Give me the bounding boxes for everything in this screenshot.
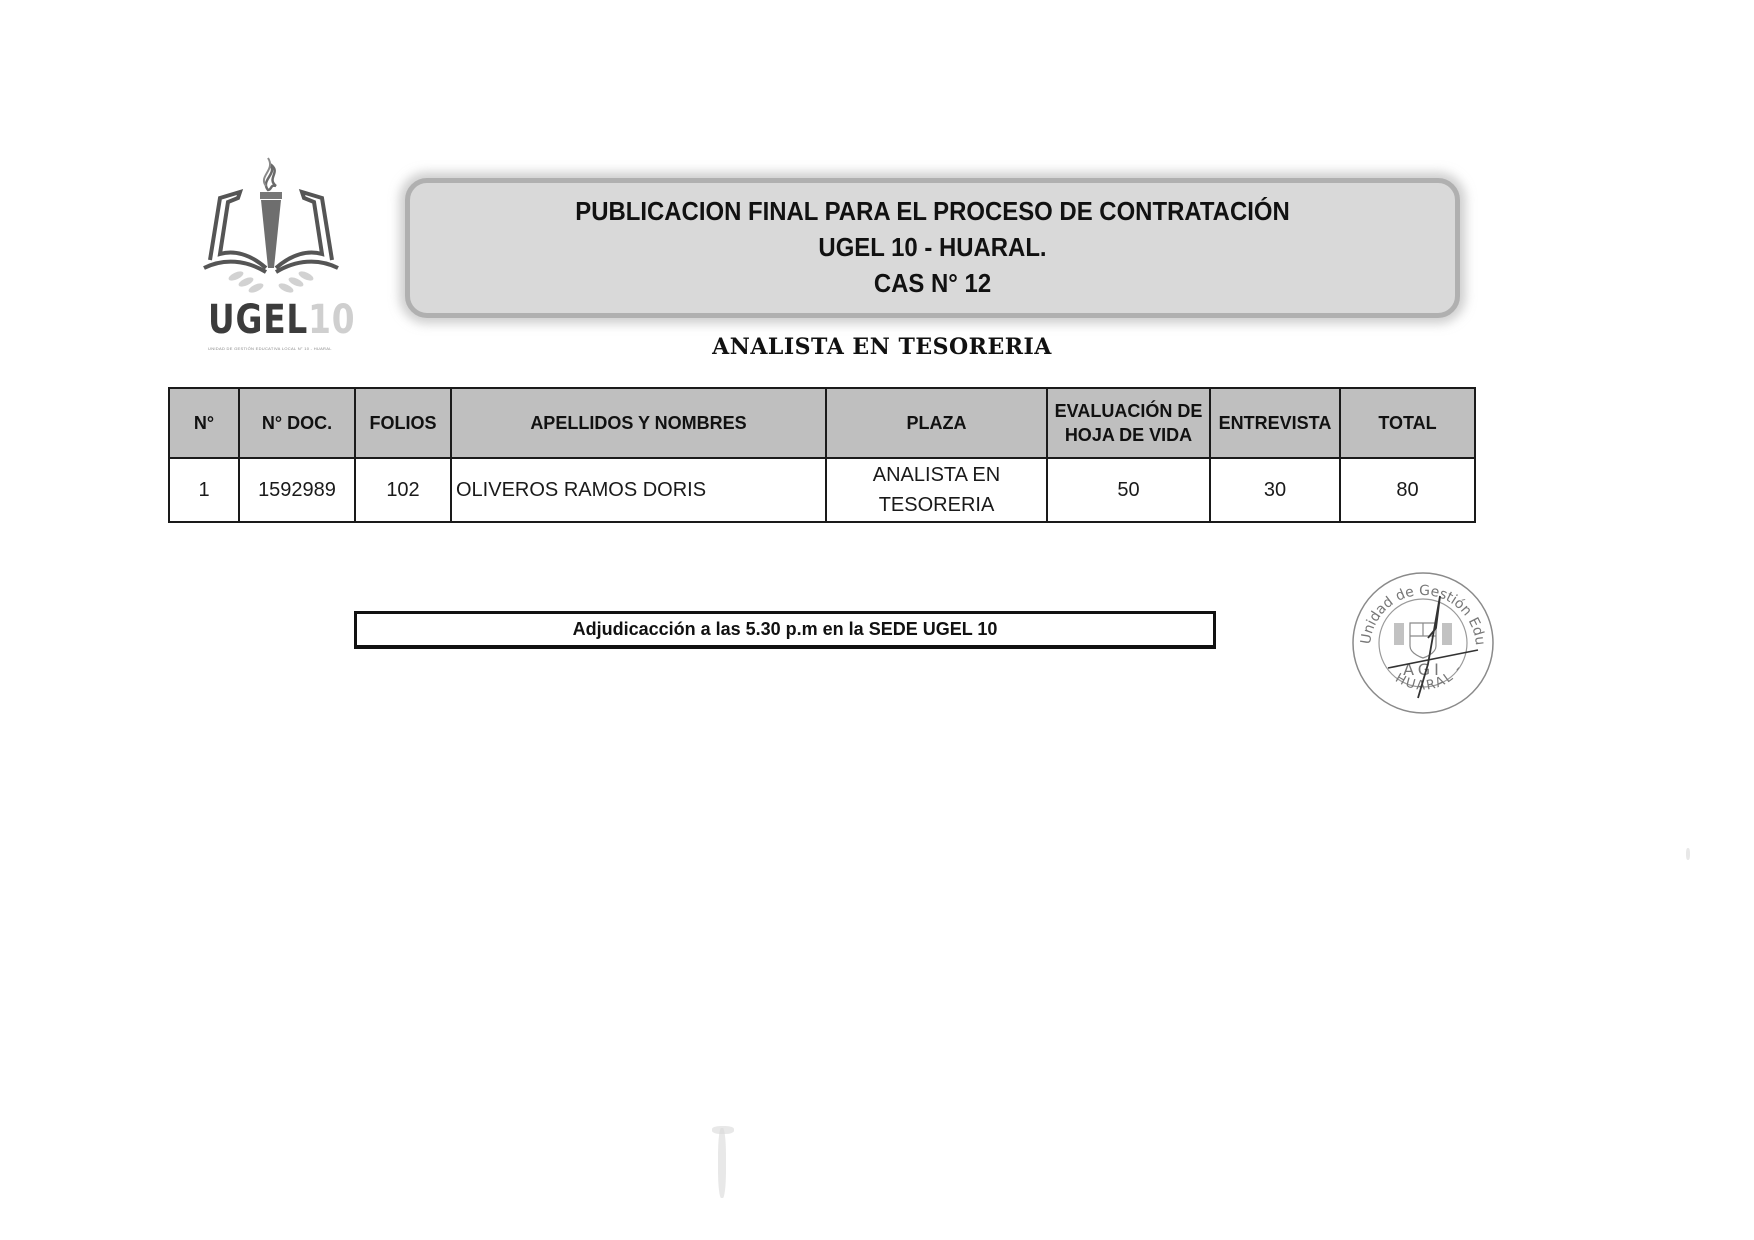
table-row: 1 1592989 102 OLIVEROS RAMOS DORIS ANALI…	[169, 458, 1475, 522]
col-header-name: APELLIDOS Y NOMBRES	[451, 388, 826, 458]
table-header-row: N° N° DOC. FOLIOS APELLIDOS Y NOMBRES PL…	[169, 388, 1475, 458]
torch-book-icon	[200, 150, 350, 300]
position-title: ANALISTA EN TESORERIA	[0, 334, 1754, 360]
col-header-cv-evaluation: EVALUACIÓN DE HOJA DE VIDA	[1047, 388, 1210, 458]
institution-name: UGEL 10 - HUARAL.	[452, 229, 1413, 265]
scan-artifact	[712, 1126, 734, 1134]
adjudication-notice: Adjudicacción a las 5.30 p.m en la SEDE …	[354, 611, 1216, 649]
col-header-folios: FOLIOS	[355, 388, 451, 458]
scan-artifact	[718, 1128, 726, 1198]
scan-artifact	[1686, 848, 1690, 860]
svg-text:Unidad de Gestión Educativa Lo: Unidad de Gestión Educativa Local N° 10	[1348, 568, 1488, 646]
cell-name: OLIVEROS RAMOS DORIS	[451, 458, 826, 522]
col-header-number: N°	[169, 388, 239, 458]
cell-number: 1	[169, 458, 239, 522]
seal-ring-text: Unidad de Gestión Educativa Local N° 10	[1348, 568, 1488, 646]
document-title-box: PUBLICACION FINAL PARA EL PROCESO DE CON…	[405, 178, 1460, 318]
col-header-plaza: PLAZA	[826, 388, 1047, 458]
results-table: N° N° DOC. FOLIOS APELLIDOS Y NOMBRES PL…	[168, 387, 1476, 523]
cell-cv-evaluation: 50	[1047, 458, 1210, 522]
seal-stamp-icon: Unidad de Gestión Educativa Local N° 10 …	[1348, 568, 1498, 718]
cell-total: 80	[1340, 458, 1475, 522]
col-header-interview: ENTREVISTA	[1210, 388, 1340, 458]
document-title: PUBLICACION FINAL PARA EL PROCESO DE CON…	[452, 193, 1413, 229]
cell-folios: 102	[355, 458, 451, 522]
col-header-total: TOTAL	[1340, 388, 1475, 458]
cell-plaza: ANALISTA EN TESORERIA	[826, 458, 1047, 522]
ugel-logo: UGEL10 UNIDAD DE GESTIÓN EDUCATIVA LOCAL…	[200, 150, 350, 360]
col-header-doc: N° DOC.	[239, 388, 355, 458]
seal-center-text: AGI	[1403, 660, 1443, 679]
official-seal: Unidad de Gestión Educativa Local N° 10 …	[1348, 568, 1498, 718]
cell-interview: 30	[1210, 458, 1340, 522]
cell-doc: 1592989	[239, 458, 355, 522]
process-number: CAS N° 12	[452, 265, 1413, 301]
